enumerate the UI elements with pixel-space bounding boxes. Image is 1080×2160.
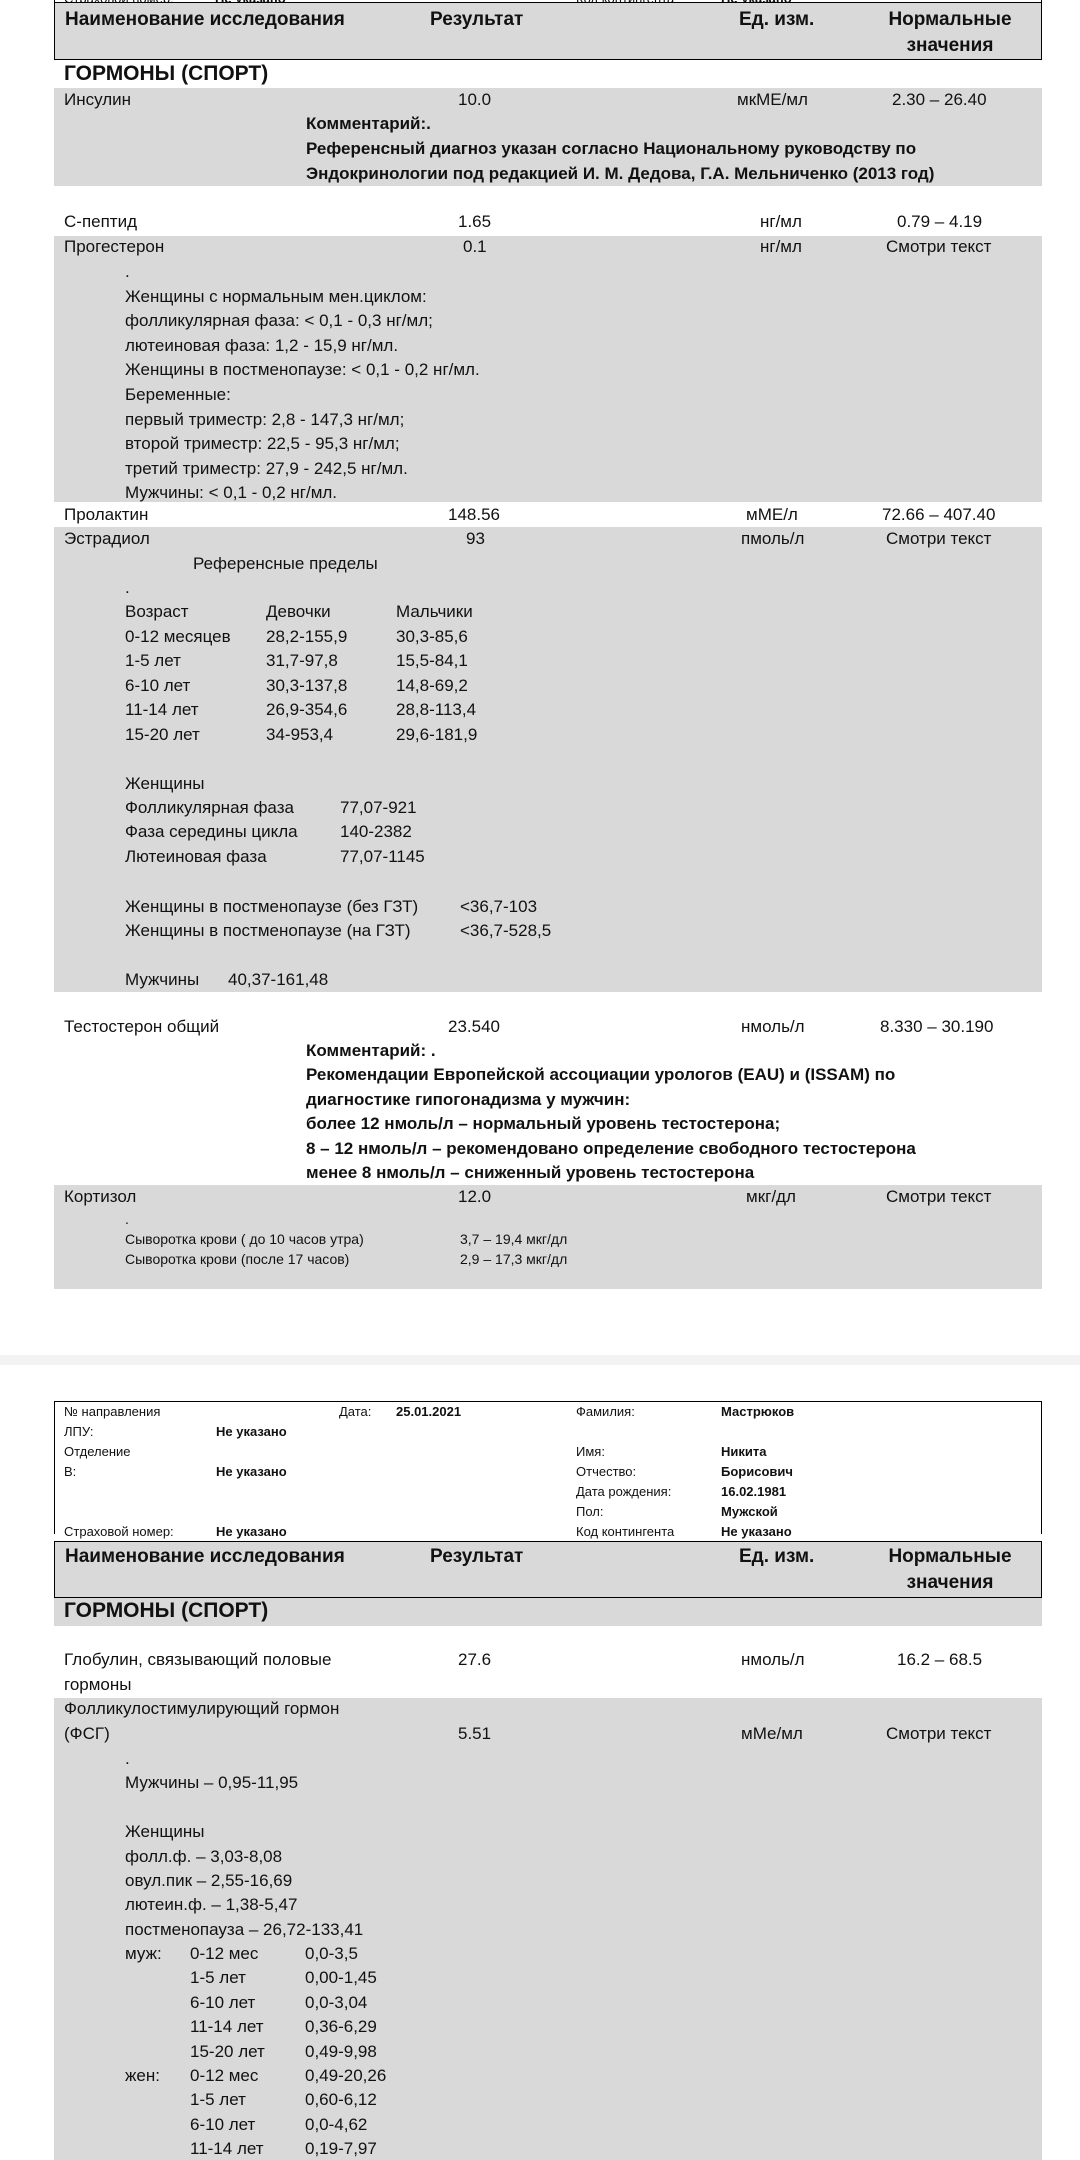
age-label: 6-10 лет xyxy=(190,1993,255,2013)
table-cell: 26,9-354,6 xyxy=(266,700,347,720)
surname-label: Фамилия: xyxy=(576,1404,635,1419)
age-label: 11-14 лет xyxy=(190,2139,264,2159)
test-unit: нг/мл xyxy=(760,237,802,257)
table-cell: 34-953,4 xyxy=(266,725,333,745)
test-unit: мкг/дл xyxy=(746,1187,796,1207)
table-cell: 31,7-97,8 xyxy=(266,651,338,671)
table-header-cell: Мальчики xyxy=(396,602,473,622)
note-line: первый триместр: 2,8 - 147,3 нг/мл; xyxy=(125,410,404,430)
comment-line: более 12 нмоль/л – нормальный уровень те… xyxy=(306,1114,780,1134)
test-unit: мкМЕ/мл xyxy=(737,90,808,110)
report-page-2: № направления Дата: 25.01.2021 ЛПУ: Не у… xyxy=(0,1365,1080,2160)
v-value: Не указано xyxy=(216,1464,287,1479)
sex-label: Пол: xyxy=(576,1504,604,1519)
table-cell: 15,5-84,1 xyxy=(396,651,468,671)
age-label: 6-10 лет xyxy=(190,2115,255,2135)
date-value: 25.01.2021 xyxy=(396,1404,461,1419)
note-line: лютеин.ф. – 1,38-5,47 xyxy=(125,1895,297,1915)
table-cell: 1-5 лет xyxy=(125,651,181,671)
phase-label: Фолликулярная фаза xyxy=(125,798,294,818)
table-cell: 29,6-181,9 xyxy=(396,725,477,745)
test-result: 148.56 xyxy=(448,505,500,525)
col-name-header: Наименование исследования xyxy=(65,9,345,31)
note-line: Женщины с нормальным мен.циклом: xyxy=(125,287,427,307)
reference-title: Референсные пределы xyxy=(193,554,378,574)
test-name: Пролактин xyxy=(64,505,148,525)
surname-value: Мастрюков xyxy=(721,1404,794,1419)
col-normal-header-1: Нормальные xyxy=(875,9,1025,31)
postmeno-value: <36,7-103 xyxy=(460,897,537,917)
men-label: Мужчины xyxy=(125,970,199,990)
insurance-label: Страховой номер: xyxy=(64,1524,174,1539)
note-line: фолликулярная фаза: < 0,1 - 0,3 нг/мл; xyxy=(125,311,433,331)
test-normal: Смотри текст xyxy=(886,237,991,257)
range-value: 0,36-6,29 xyxy=(305,2017,377,2037)
test-unit: нмоль/л xyxy=(741,1017,805,1037)
table-header: Наименование исследования Результат Ед. … xyxy=(54,1541,1042,1598)
phase-label: Лютеиновая фаза xyxy=(125,847,267,867)
test-normal: 0.79 – 4.19 xyxy=(897,212,982,232)
note-line: Женщины xyxy=(125,1822,204,1842)
test-name: Инсулин xyxy=(64,90,131,110)
age-label: 0-12 мес xyxy=(190,1944,258,1964)
test-result: 0.1 xyxy=(463,237,487,257)
note-line: . xyxy=(125,1749,130,1769)
test-name: Глобулин, связывающий половые xyxy=(64,1650,331,1670)
comment-line: Рекомендации Европейской ассоциации урол… xyxy=(306,1065,895,1085)
test-name: Фолликулостимулирующий гормон xyxy=(64,1699,339,1719)
patronymic-value: Борисович xyxy=(721,1464,793,1479)
patronymic-label: Отчество: xyxy=(576,1464,636,1479)
test-result: 12.0 xyxy=(458,1187,491,1207)
col-unit-header: Ед. изм. xyxy=(739,9,814,31)
test-normal: 2.30 – 26.40 xyxy=(892,90,987,110)
note-line: . xyxy=(125,262,130,282)
table-cell: 30,3-85,6 xyxy=(396,627,468,647)
section-title: ГОРМОНЫ (СПОРТ) xyxy=(64,62,268,86)
name-label: Имя: xyxy=(576,1444,605,1459)
comment-line: менее 8 нмоль/л – сниженный уровень тест… xyxy=(306,1163,754,1183)
women-title: Женщины xyxy=(125,774,204,794)
test-unit: нмоль/л xyxy=(741,1650,805,1670)
v-label: В: xyxy=(64,1464,76,1479)
age-label: 1-5 лет xyxy=(190,1968,246,1988)
comment-line: Комментарий: . xyxy=(306,1041,436,1061)
note-line: Женщины в постменопаузе: < 0,1 - 0,2 нг/… xyxy=(125,360,480,380)
phase-value: 77,07-1145 xyxy=(340,847,425,867)
note-value: 3,7 – 19,4 мкг/дл xyxy=(460,1231,567,1247)
note-line: Мужчины – 0,95-11,95 xyxy=(125,1773,298,1793)
table-header-cell: Девочки xyxy=(266,602,331,622)
table-cell: 14,8-69,2 xyxy=(396,676,468,696)
note-line: Беременные: xyxy=(125,385,231,405)
sex-label: жен: xyxy=(125,2066,160,2086)
table-header: Наименование исследования Результат Ед. … xyxy=(54,2,1042,60)
test-result: 1.65 xyxy=(458,212,491,232)
test-normal: 16.2 – 68.5 xyxy=(897,1650,982,1670)
note-line: Мужчины: < 0,1 - 0,2 нг/мл. xyxy=(125,483,337,503)
col-result-header: Результат xyxy=(430,1546,523,1568)
table-cell: 15-20 лет xyxy=(125,725,200,745)
test-normal: 8.330 – 30.190 xyxy=(880,1017,993,1037)
range-value: 0,0-4,62 xyxy=(305,2115,367,2135)
age-label: 0-12 мес xyxy=(190,2066,258,2086)
note-line: второй триместр: 22,5 - 95,3 нг/мл; xyxy=(125,434,400,454)
men-value: 40,37-161,48 xyxy=(228,970,328,990)
contingent-label: Код контингента xyxy=(576,1524,674,1539)
note-line: лютеиновая фаза: 1,2 - 15,9 нг/мл. xyxy=(125,336,398,356)
range-value: 0,60-6,12 xyxy=(305,2090,377,2110)
comment-line: диагностике гипогонадизма у мужчин: xyxy=(306,1090,630,1110)
col-name-header: Наименование исследования xyxy=(65,1546,345,1568)
test-normal: Смотри текст xyxy=(886,1187,991,1207)
test-name: Прогестерон xyxy=(64,237,164,257)
postmeno-label: Женщины в постменопаузе (на ГЗТ) xyxy=(125,921,411,941)
test-name: Кортизол xyxy=(64,1187,136,1207)
table-cell: 30,3-137,8 xyxy=(266,676,347,696)
dob-value: 16.02.1981 xyxy=(721,1484,786,1499)
note-value: 2,9 – 17,3 мкг/дл xyxy=(460,1251,567,1267)
age-label: 11-14 лет xyxy=(190,2017,264,2037)
note-label: Сыворотка крови ( до 10 часов утра) xyxy=(125,1231,364,1247)
dot: . xyxy=(125,578,130,598)
sex-value: Мужской xyxy=(721,1504,778,1519)
insurance-value: Не указано xyxy=(216,1524,287,1539)
phase-value: 140-2382 xyxy=(340,822,412,842)
department-label: Отделение xyxy=(64,1444,131,1459)
table-cell: 28,2-155,9 xyxy=(266,627,347,647)
col-normal-header-1: Нормальные xyxy=(875,1546,1025,1568)
test-name: Тестостерон общий xyxy=(64,1017,219,1037)
note-line: третий триместр: 27,9 - 242,5 нг/мл. xyxy=(125,459,408,479)
lpu-value: Не указано xyxy=(216,1424,287,1439)
test-result: 10.0 xyxy=(458,90,491,110)
test-name-cont: гормоны xyxy=(64,1675,132,1695)
note-line: фолл.ф. – 3,03-8,08 xyxy=(125,1847,282,1867)
phase-label: Фаза середины цикла xyxy=(125,822,298,842)
test-name: Эстрадиол xyxy=(64,529,150,549)
lpu-label: ЛПУ: xyxy=(64,1424,93,1439)
table-cell: 11-14 лет xyxy=(125,700,199,720)
table-cell: 0-12 месяцев xyxy=(125,627,231,647)
postmeno-value: <36,7-528,5 xyxy=(460,921,551,941)
age-label: 15-20 лет xyxy=(190,2042,265,2062)
test-result: 23.540 xyxy=(448,1017,500,1037)
comment-line: 8 – 12 нмоль/л – рекомендовано определен… xyxy=(306,1139,916,1159)
range-value: 0,00-1,45 xyxy=(305,1968,377,1988)
test-normal: Смотри текст xyxy=(886,529,991,549)
col-normal-header-2: значения xyxy=(875,35,1025,57)
phase-value: 77,07-921 xyxy=(340,798,417,818)
col-result-header: Результат xyxy=(430,9,523,31)
note-line: постменопауза – 26,72-133,41 xyxy=(125,1920,363,1940)
test-name: С-пептид xyxy=(64,212,137,232)
report-page-1: Страховой номер: Не указано Код континге… xyxy=(0,0,1080,1355)
comment-line: Референсный диагноз указан согласно Наци… xyxy=(306,139,916,159)
range-value: 0,0-3,5 xyxy=(305,1944,358,1964)
comment-line: Эндокринологии под редакцией И. М. Дедов… xyxy=(306,164,934,184)
col-normal-header-2: значения xyxy=(875,1572,1025,1594)
test-unit: мМЕ/л xyxy=(746,505,798,525)
table-cell: 6-10 лет xyxy=(125,676,190,696)
note-line: овул.пик – 2,55-16,69 xyxy=(125,1871,292,1891)
dot: . xyxy=(125,1211,129,1227)
test-unit: пмоль/л xyxy=(741,529,804,549)
test-normal: Смотри текст xyxy=(886,1724,991,1744)
dob-label: Дата рождения: xyxy=(576,1484,671,1499)
note-label: Сыворотка крови (после 17 часов) xyxy=(125,1251,349,1267)
age-label: 1-5 лет xyxy=(190,2090,246,2110)
name-value: Никита xyxy=(721,1444,766,1459)
table-cell: 28,8-113,4 xyxy=(396,700,476,720)
col-unit-header: Ед. изм. xyxy=(739,1546,814,1568)
test-result: 27.6 xyxy=(458,1650,491,1670)
page-separator xyxy=(0,1355,1080,1365)
test-result: 5.51 xyxy=(458,1724,491,1744)
test-unit: мМе/мл xyxy=(741,1724,803,1744)
test-unit: нг/мл xyxy=(760,212,802,232)
section-title: ГОРМОНЫ (СПОРТ) xyxy=(64,1599,268,1623)
postmeno-label: Женщины в постменопаузе (без ГЗТ) xyxy=(125,897,418,917)
test-normal: 72.66 – 407.40 xyxy=(882,505,995,525)
range-value: 0,49-20,26 xyxy=(305,2066,386,2086)
referral-label: № направления xyxy=(64,1404,160,1419)
comment-line: Комментарий:. xyxy=(306,114,431,134)
patient-info-box xyxy=(54,1401,1042,1534)
test-result: 93 xyxy=(466,529,485,549)
table-header-cell: Возраст xyxy=(125,602,189,622)
range-value: 0,0-3,04 xyxy=(305,1993,367,2013)
date-label: Дата: xyxy=(339,1404,371,1419)
contingent-value: Не указано xyxy=(721,1524,792,1539)
test-name-cont: (ФСГ) xyxy=(64,1724,110,1744)
range-value: 0,19-7,97 xyxy=(305,2139,377,2159)
sex-label: муж: xyxy=(125,1944,162,1964)
range-value: 0,49-9,98 xyxy=(305,2042,377,2062)
